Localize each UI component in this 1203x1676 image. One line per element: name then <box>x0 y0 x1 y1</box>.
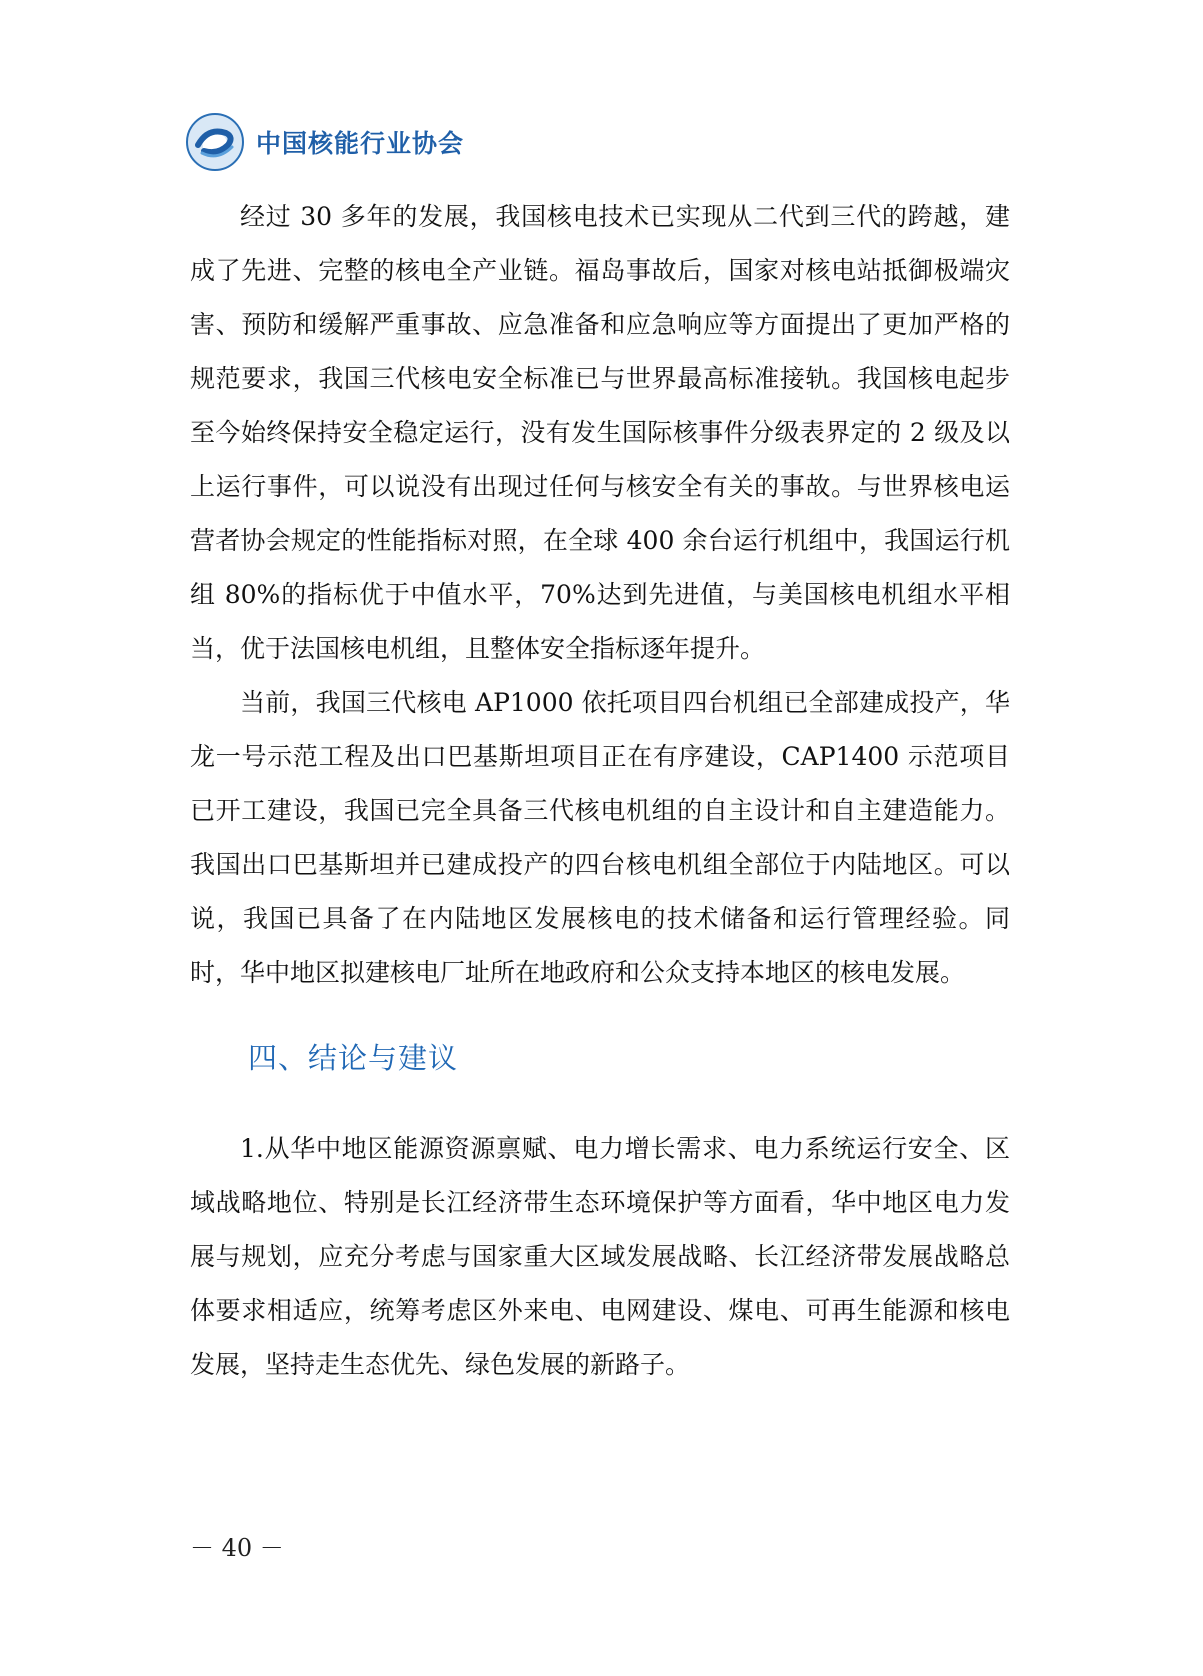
section-body-text: 1.从华中地区能源资源禀赋、电力增长需求、电力系统运行安全、区域战略地位、特别是… <box>190 1122 1010 1392</box>
paragraph: 经过 30 多年的发展，我国核电技术已实现从二代到三代的跨越，建成了先进、完整的… <box>190 190 1010 676</box>
association-logo-icon <box>186 113 244 171</box>
page-header: 中国核能行业协会 <box>186 112 464 172</box>
paragraph: 1.从华中地区能源资源禀赋、电力增长需求、电力系统运行安全、区域战略地位、特别是… <box>190 1122 1010 1392</box>
body-text: 经过 30 多年的发展，我国核电技术已实现从二代到三代的跨越，建成了先进、完整的… <box>190 190 1010 1000</box>
paragraph: 当前，我国三代核电 AP1000 依托项目四台机组已全部建成投产，华龙一号示范工… <box>190 676 1010 1000</box>
organization-name: 中国核能行业协会 <box>256 124 464 160</box>
section-heading: 四、结论与建议 <box>248 1036 458 1077</box>
page-number: － 40 － <box>190 1528 284 1563</box>
